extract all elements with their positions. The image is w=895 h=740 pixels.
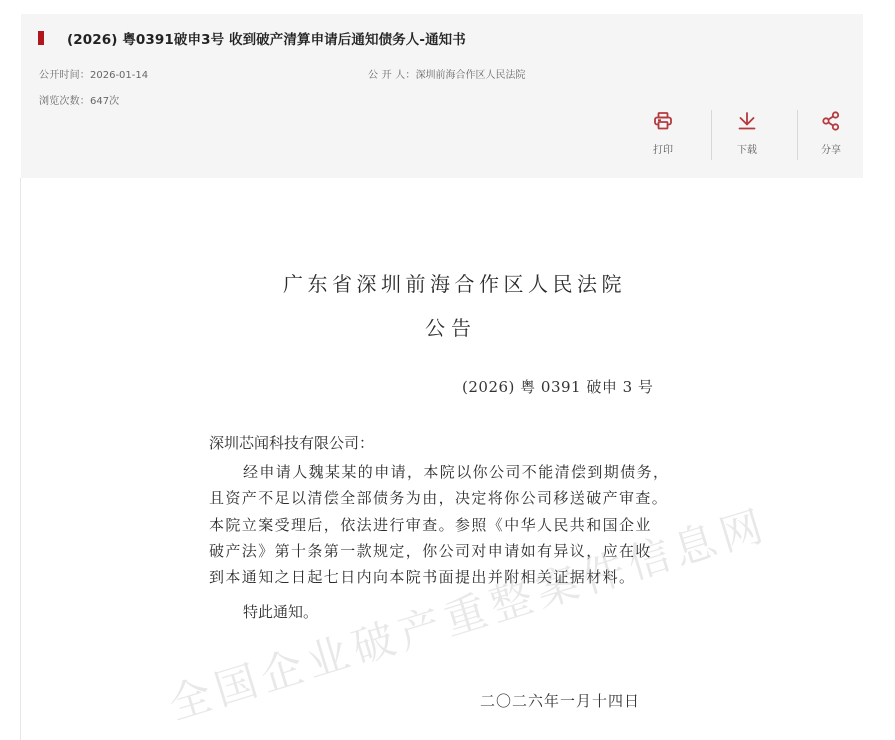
body-line: 破产法》第十条第一款规定，你公司对申请如有异议，应在收 [209, 538, 669, 564]
addressee: 深圳芯闻科技有限公司： [209, 432, 374, 453]
notice-date: 二〇二六年一月十四日 [480, 690, 640, 711]
notice-title: 公告 [425, 312, 477, 341]
body-line: 且资产不足以清偿全部债务为由，决定将你公司移送破产审查。 [209, 485, 669, 511]
notice-document: 广东省深圳前海合作区人民法院 公告 (2026) 粤 0391 破申 3 号 深… [0, 0, 895, 740]
body-line: 到本通知之日起七日内向本院书面提出并附相关证据材料。 [209, 564, 669, 590]
notice-body: 经申请人魏某某的申请，本院以你公司不能清偿到期债务， 且资产不足以清偿全部债务为… [209, 459, 669, 590]
court-name: 广东省深圳前海合作区人民法院 [283, 268, 626, 297]
body-line: 本院立案受理后，依法进行审查。参照《中华人民共和国企业 [209, 512, 669, 538]
case-number: (2026) 粤 0391 破申 3 号 [462, 376, 653, 397]
page: (2026) 粤0391破申3号 收到破产清算申请后通知债务人-通知书 公开时间… [0, 0, 895, 740]
body-line: 经申请人魏某某的申请，本院以你公司不能清偿到期债务， [209, 459, 669, 485]
closing: 特此通知。 [243, 601, 318, 622]
